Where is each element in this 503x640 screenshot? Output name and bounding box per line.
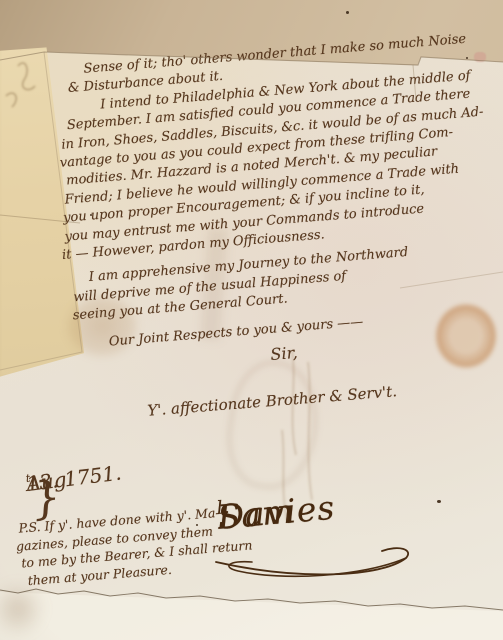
ink-spot [437,500,441,503]
letter-body: Sense of it; tho' others wonder that I m… [42,29,503,426]
ink-spot [196,524,198,526]
dust-speck [346,11,349,14]
dust-speck [466,57,468,59]
date-line: Augt. 13. 1751.} [25,468,63,523]
dust-speck [90,214,92,216]
photograph-of-letter: Sense of it; tho' others wonder that I m… [0,0,503,640]
